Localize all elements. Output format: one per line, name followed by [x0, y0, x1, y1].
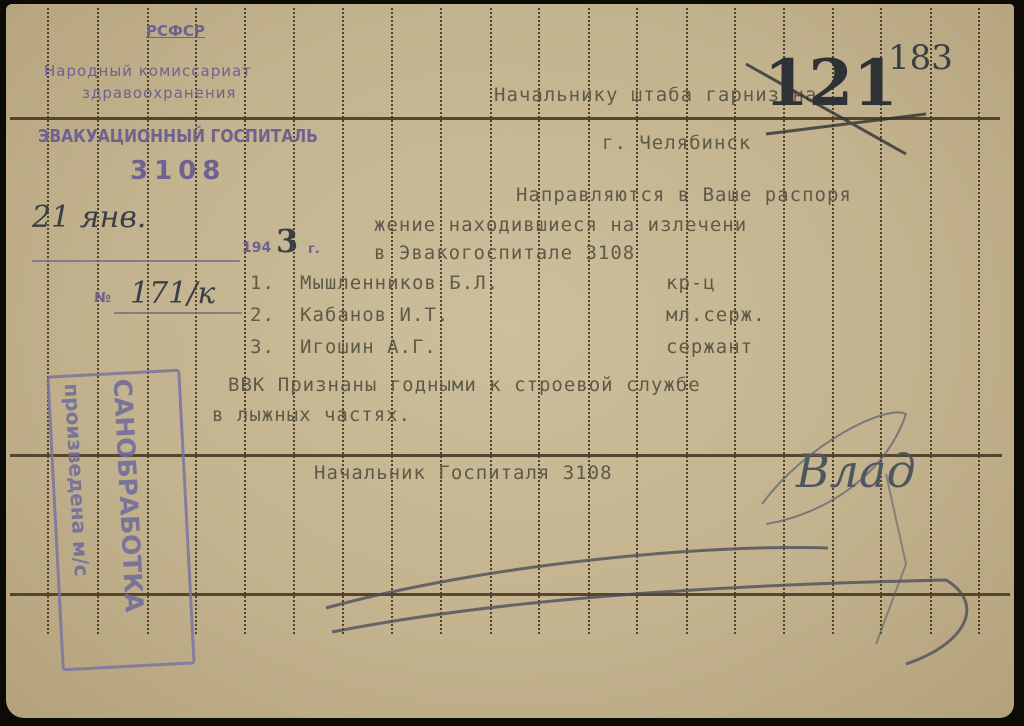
- document-card: РСФСР Народный комиссариат здравоохранен…: [6, 4, 1014, 718]
- pencil-strokes: [6, 4, 1014, 718]
